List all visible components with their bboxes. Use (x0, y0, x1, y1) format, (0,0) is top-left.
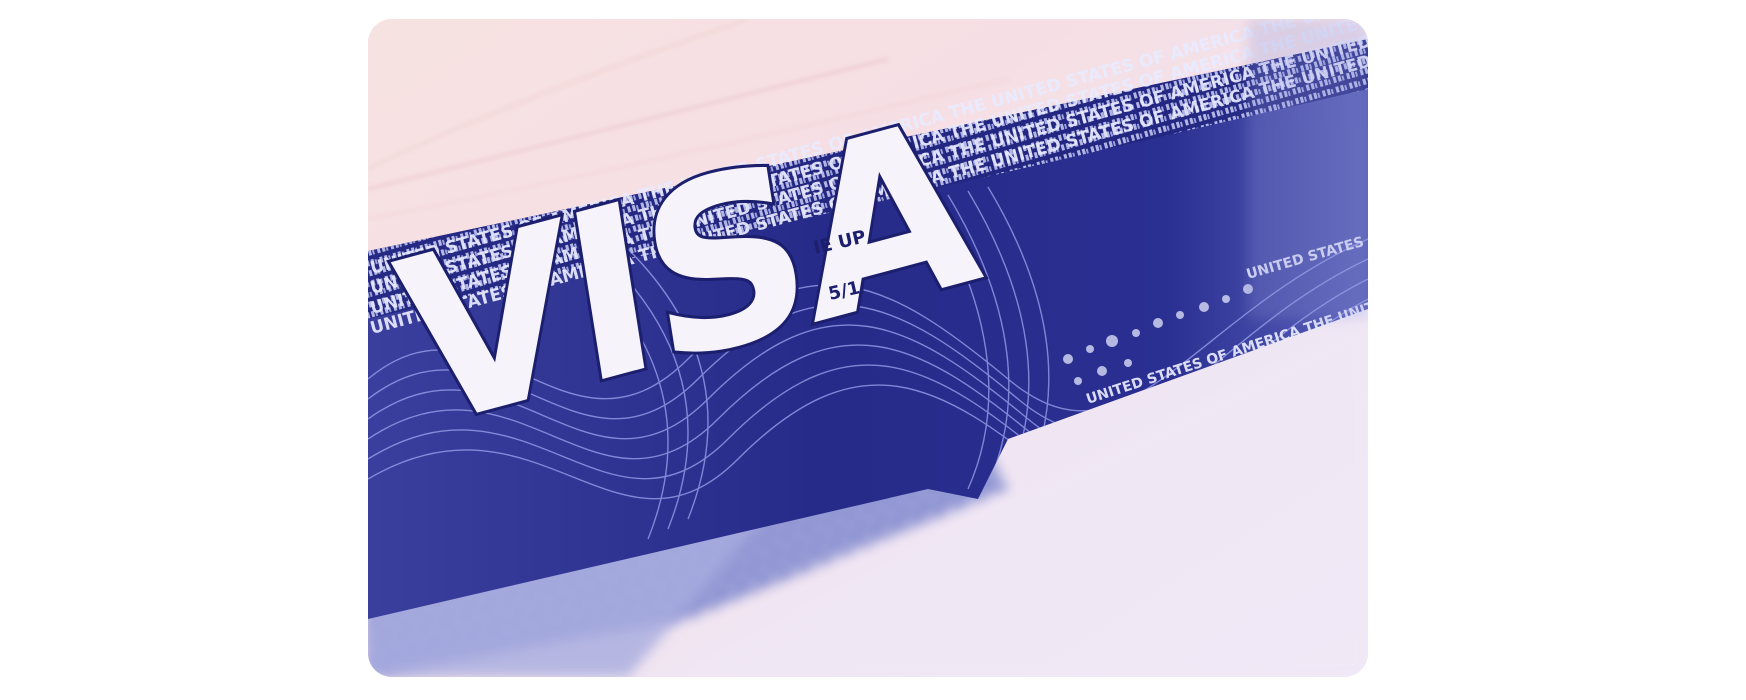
visa-photo: UNITED STATES OF AMERICA THE UNITED STAT… (368, 19, 1368, 677)
visa-photo-art: UNITED STATES OF AMERICA THE UNITED STAT… (368, 19, 1368, 677)
